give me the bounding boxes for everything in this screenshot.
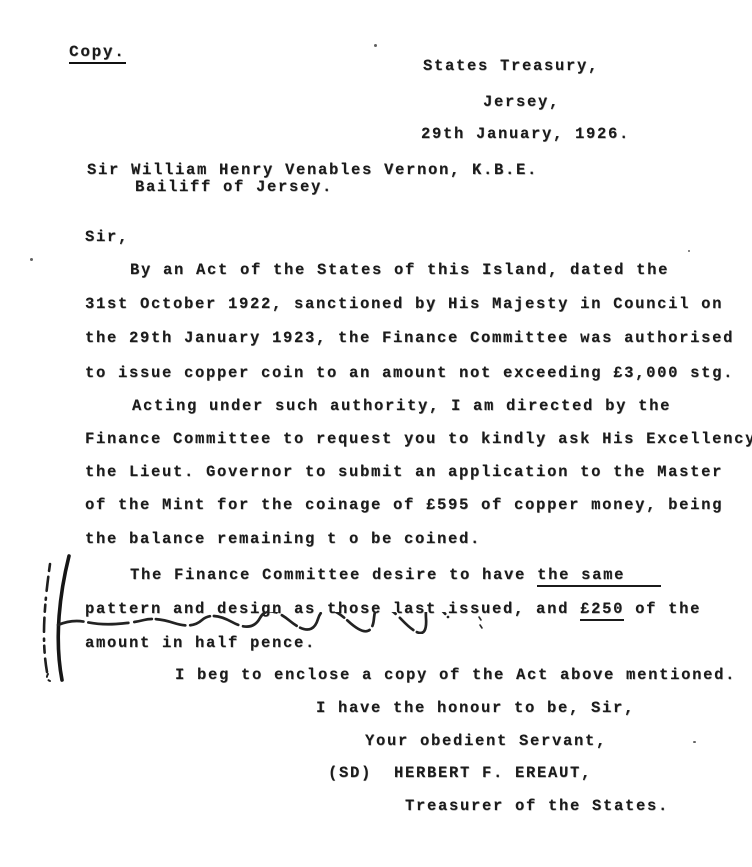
wavy-pencil-underline [55, 612, 500, 634]
para3-line1: The Finance Committee desire to have the… [130, 568, 661, 584]
para3-line1-text: The Finance Committee desire to have [130, 566, 537, 584]
scan-speck [688, 250, 690, 252]
underlined-the-same: the same [537, 566, 661, 587]
header-date: 29th January, 1926. [421, 127, 630, 143]
scan-speck [374, 44, 377, 47]
salutation: Sir, [85, 230, 129, 246]
signature-name: (SD) HERBERT F. EREAUT, [328, 766, 592, 782]
para1-line4: to issue copper coin to an amount not ex… [85, 366, 734, 382]
para2-line1: Acting under such authority, I am direct… [132, 399, 671, 415]
para2-line3: the Lieut. Governor to submit an applica… [85, 465, 723, 481]
para1-line3: the 29th January 1923, the Finance Commi… [85, 331, 734, 347]
para2-line5: the balance remaining t o be coined. [85, 532, 481, 548]
para2-line4: of the Mint for the coinage of £595 of c… [85, 498, 723, 514]
header-office: States Treasury, [423, 59, 599, 75]
scan-speck [30, 258, 33, 261]
copy-label-text: Copy. [69, 43, 126, 64]
scan-speck [693, 741, 696, 743]
addressee-title: Bailiff of Jersey. [135, 180, 333, 196]
para3-line3: amount in half pence. [85, 636, 316, 652]
addressee-name: Sir William Henry Venables Vernon, K.B.E… [87, 163, 538, 179]
para1-line1: By an Act of the States of this Island, … [130, 263, 669, 279]
closing-servant: Your obedient Servant, [365, 734, 607, 750]
signature-title: Treasurer of the States. [405, 799, 669, 815]
para2-line2: Finance Committee to request you to kind… [85, 432, 752, 448]
header-place: Jersey, [483, 95, 560, 111]
para1-line2: 31st October 1922, sanctioned by His Maj… [85, 297, 723, 313]
copy-label: Copy. [25, 28, 126, 76]
underlined-amount: £250 [580, 600, 624, 621]
para3-line2-text-b: of the [624, 600, 701, 618]
para4-line1: I beg to enclose a copy of the Act above… [175, 668, 736, 684]
closing-honour: I have the honour to be, Sir, [316, 701, 635, 717]
scanned-letter-page: Copy. States Treasury, Jersey, 29th Janu… [0, 0, 752, 867]
